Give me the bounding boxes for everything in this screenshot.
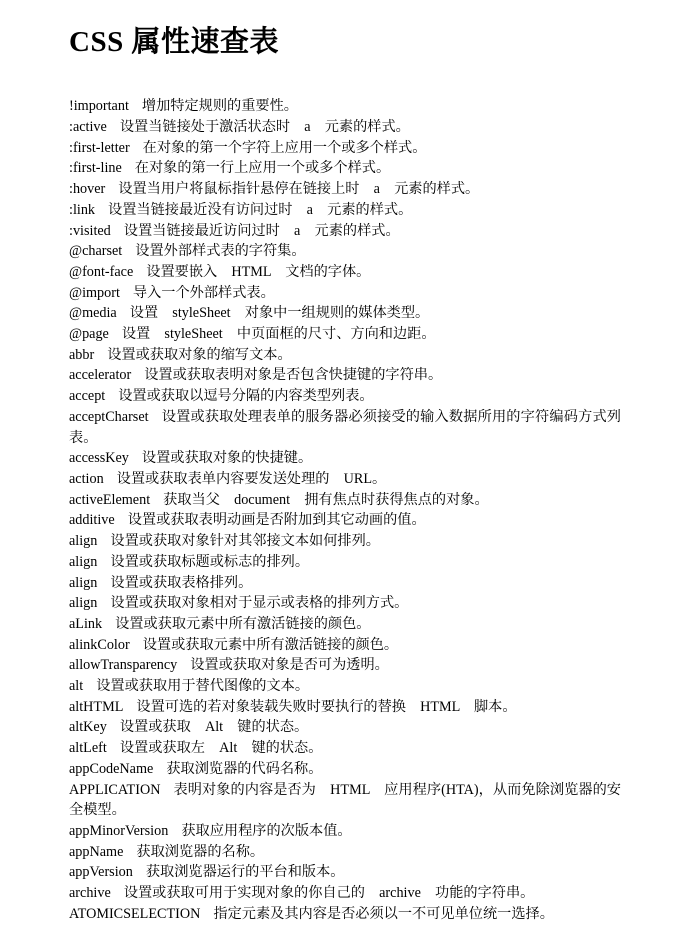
property-description: 设置当链接最近没有访问过时 a 元素的样式。 (108, 202, 412, 218)
property-description: 设置或获取左 Alt 键的状态。 (120, 740, 323, 756)
property-entry: aLink设置或获取元素中所有激活链接的颜色。 (69, 614, 621, 635)
property-term: !important (69, 98, 129, 114)
property-term: align (69, 595, 97, 611)
property-term: :visited (69, 223, 111, 239)
property-entry: accessKey设置或获取对象的快捷键。 (69, 448, 621, 469)
property-entry: :hover设置当用户将鼠标指针悬停在链接上时 a 元素的样式。 (69, 179, 621, 200)
property-entry: action设置或获取表单内容要发送处理的 URL。 (69, 469, 621, 490)
property-description: 获取当父 document 拥有焦点时获得焦点的对象。 (163, 492, 489, 508)
property-entry: !important增加特定规则的重要性。 (69, 96, 621, 117)
property-description: 设置 styleSheet 对象中一组规则的媒体类型。 (130, 305, 430, 321)
property-term: appCodeName (69, 761, 153, 777)
property-description: 设置或获取对象针对其邻接文本如何排列。 (110, 533, 380, 549)
property-term: altLeft (69, 740, 107, 756)
property-entry: @import导入一个外部样式表。 (69, 283, 621, 304)
property-term: :first-line (69, 160, 122, 176)
property-entry: @charset设置外部样式表的字符集。 (69, 241, 621, 262)
property-entry: altLeft设置或获取左 Alt 键的状态。 (69, 738, 621, 759)
property-term: :hover (69, 181, 105, 197)
property-term: altHTML (69, 699, 123, 715)
property-entry: altHTML设置可选的若对象装载失败时要执行的替换 HTML 脚本。 (69, 697, 621, 718)
property-entry: align设置或获取标题或标志的排列。 (69, 552, 621, 573)
property-term: alinkColor (69, 637, 130, 653)
property-term: abbr (69, 347, 94, 363)
property-description: 设置或获取元素中所有激活链接的颜色。 (143, 637, 398, 653)
property-description: 设置或获取处理表单的服务器必须接受的输入数据所用的字符编码方式列表。 (69, 409, 621, 446)
property-description: 设置外部样式表的字符集。 (135, 243, 305, 259)
property-term: align (69, 554, 97, 570)
page-title: CSS 属性速查表 (69, 26, 621, 59)
property-description: 设置当用户将鼠标指针悬停在链接上时 a 元素的样式。 (118, 181, 479, 197)
property-description: 在对象的第一行上应用一个或多个样式。 (135, 160, 390, 176)
property-entry: :first-line在对象的第一行上应用一个或多个样式。 (69, 158, 621, 179)
property-entry: accelerator设置或获取表明对象是否包含快捷键的字符串。 (69, 365, 621, 386)
property-term: aLink (69, 616, 102, 632)
property-description: 设置要嵌入 HTML 文档的字体。 (146, 264, 370, 280)
property-description: 导入一个外部样式表。 (133, 285, 275, 301)
property-entry: appCodeName获取浏览器的代码名称。 (69, 759, 621, 780)
property-entry: activeElement获取当父 document 拥有焦点时获得焦点的对象。 (69, 490, 621, 511)
property-description: 获取浏览器的名称。 (136, 844, 264, 860)
property-entry: archive设置或获取可用于实现对象的你自己的 archive 功能的字符串。 (69, 883, 621, 904)
property-term: APPLICATION (69, 782, 160, 798)
property-term: :first-letter (69, 140, 130, 156)
property-description: 设置或获取可用于实现对象的你自己的 archive 功能的字符串。 (124, 885, 535, 901)
property-description: 指定元素及其内容是否必须以一不可见单位统一选择。 (213, 906, 554, 922)
property-entry: APPLICATION表明对象的内容是否为 HTML 应用程序(HTA)，从而免… (69, 780, 621, 821)
property-entry: altKey设置或获取 Alt 键的状态。 (69, 717, 621, 738)
property-term: @import (69, 285, 120, 301)
property-term: action (69, 471, 104, 487)
property-entry: ATOMICSELECTION指定元素及其内容是否必须以一不可见单位统一选择。 (69, 904, 621, 925)
property-entry: alinkColor设置或获取元素中所有激活链接的颜色。 (69, 635, 621, 656)
property-description: 设置或获取元素中所有激活链接的颜色。 (115, 616, 370, 632)
property-term: @media (69, 305, 117, 321)
property-entry: appName获取浏览器的名称。 (69, 842, 621, 863)
property-term: additive (69, 512, 115, 528)
property-description: 在对象的第一个字符上应用一个或多个样式。 (143, 140, 427, 156)
property-term: :link (69, 202, 95, 218)
property-term: @charset (69, 243, 122, 259)
property-description: 设置或获取对象的缩写文本。 (107, 347, 291, 363)
property-entry: align设置或获取表格排列。 (69, 573, 621, 594)
property-list: !important增加特定规则的重要性。:active设置当链接处于激活状态时… (69, 96, 621, 924)
property-description: 设置当链接最近访问过时 a 元素的样式。 (124, 223, 400, 239)
property-entry: allowTransparency设置或获取对象是否可为透明。 (69, 655, 621, 676)
property-term: alt (69, 678, 83, 694)
property-description: 设置或获取表明动画是否附加到其它动画的值。 (128, 512, 426, 528)
property-term: :active (69, 119, 107, 135)
property-description: 设置可选的若对象装载失败时要执行的替换 HTML 脚本。 (136, 699, 516, 715)
property-entry: acceptCharset设置或获取处理表单的服务器必须接受的输入数据所用的字符… (69, 407, 621, 448)
property-entry: appVersion获取浏览器运行的平台和版本。 (69, 862, 621, 883)
property-term: accessKey (69, 450, 129, 466)
property-description: 设置或获取以逗号分隔的内容类型列表。 (118, 388, 373, 404)
property-entry: :first-letter在对象的第一个字符上应用一个或多个样式。 (69, 138, 621, 159)
property-description: 设置或获取对象是否可为透明。 (190, 657, 389, 673)
property-entry: additive设置或获取表明动画是否附加到其它动画的值。 (69, 510, 621, 531)
property-entry: @font-face设置要嵌入 HTML 文档的字体。 (69, 262, 621, 283)
property-term: accelerator (69, 367, 131, 383)
property-term: archive (69, 885, 111, 901)
property-description: 设置或获取表明对象是否包含快捷键的字符串。 (144, 367, 442, 383)
property-entry: alt设置或获取用于替代图像的文本。 (69, 676, 621, 697)
property-term: @page (69, 326, 109, 342)
property-entry: accept设置或获取以逗号分隔的内容类型列表。 (69, 386, 621, 407)
property-entry: align设置或获取对象针对其邻接文本如何排列。 (69, 531, 621, 552)
property-entry: @page设置 styleSheet 中页面框的尺寸、方向和边距。 (69, 324, 621, 345)
property-term: align (69, 575, 97, 591)
property-description: 设置或获取对象相对于显示或表格的排列方式。 (110, 595, 408, 611)
property-term: altKey (69, 719, 107, 735)
property-description: 设置或获取用于替代图像的文本。 (96, 678, 309, 694)
property-description: 获取应用程序的次版本值。 (181, 823, 351, 839)
property-entry: appMinorVersion获取应用程序的次版本值。 (69, 821, 621, 842)
property-term: @font-face (69, 264, 133, 280)
property-term: acceptCharset (69, 409, 149, 425)
property-term: appVersion (69, 864, 133, 880)
property-description: 设置或获取标题或标志的排列。 (110, 554, 309, 570)
property-term: appName (69, 844, 123, 860)
document-page: CSS 属性速查表 !important增加特定规则的重要性。:active设置… (0, 0, 687, 942)
property-description: 设置或获取对象的快捷键。 (142, 450, 312, 466)
property-description: 设置当链接处于激活状态时 a 元素的样式。 (120, 119, 410, 135)
property-entry: @media设置 styleSheet 对象中一组规则的媒体类型。 (69, 303, 621, 324)
property-description: 设置或获取表格排列。 (110, 575, 252, 591)
property-entry: abbr设置或获取对象的缩写文本。 (69, 345, 621, 366)
property-entry: :visited设置当链接最近访问过时 a 元素的样式。 (69, 221, 621, 242)
property-term: ATOMICSELECTION (69, 906, 200, 922)
property-term: appMinorVersion (69, 823, 168, 839)
property-term: allowTransparency (69, 657, 177, 673)
property-description: 获取浏览器的代码名称。 (166, 761, 322, 777)
property-description: 增加特定规则的重要性。 (142, 98, 298, 114)
property-description: 设置 styleSheet 中页面框的尺寸、方向和边距。 (122, 326, 436, 342)
property-description: 设置或获取 Alt 键的状态。 (120, 719, 308, 735)
property-term: accept (69, 388, 105, 404)
property-entry: align设置或获取对象相对于显示或表格的排列方式。 (69, 593, 621, 614)
property-term: align (69, 533, 97, 549)
property-entry: :active设置当链接处于激活状态时 a 元素的样式。 (69, 117, 621, 138)
property-entry: :link设置当链接最近没有访问过时 a 元素的样式。 (69, 200, 621, 221)
property-description: 获取浏览器运行的平台和版本。 (146, 864, 345, 880)
property-description: 设置或获取表单内容要发送处理的 URL。 (117, 471, 387, 487)
property-term: activeElement (69, 492, 150, 508)
